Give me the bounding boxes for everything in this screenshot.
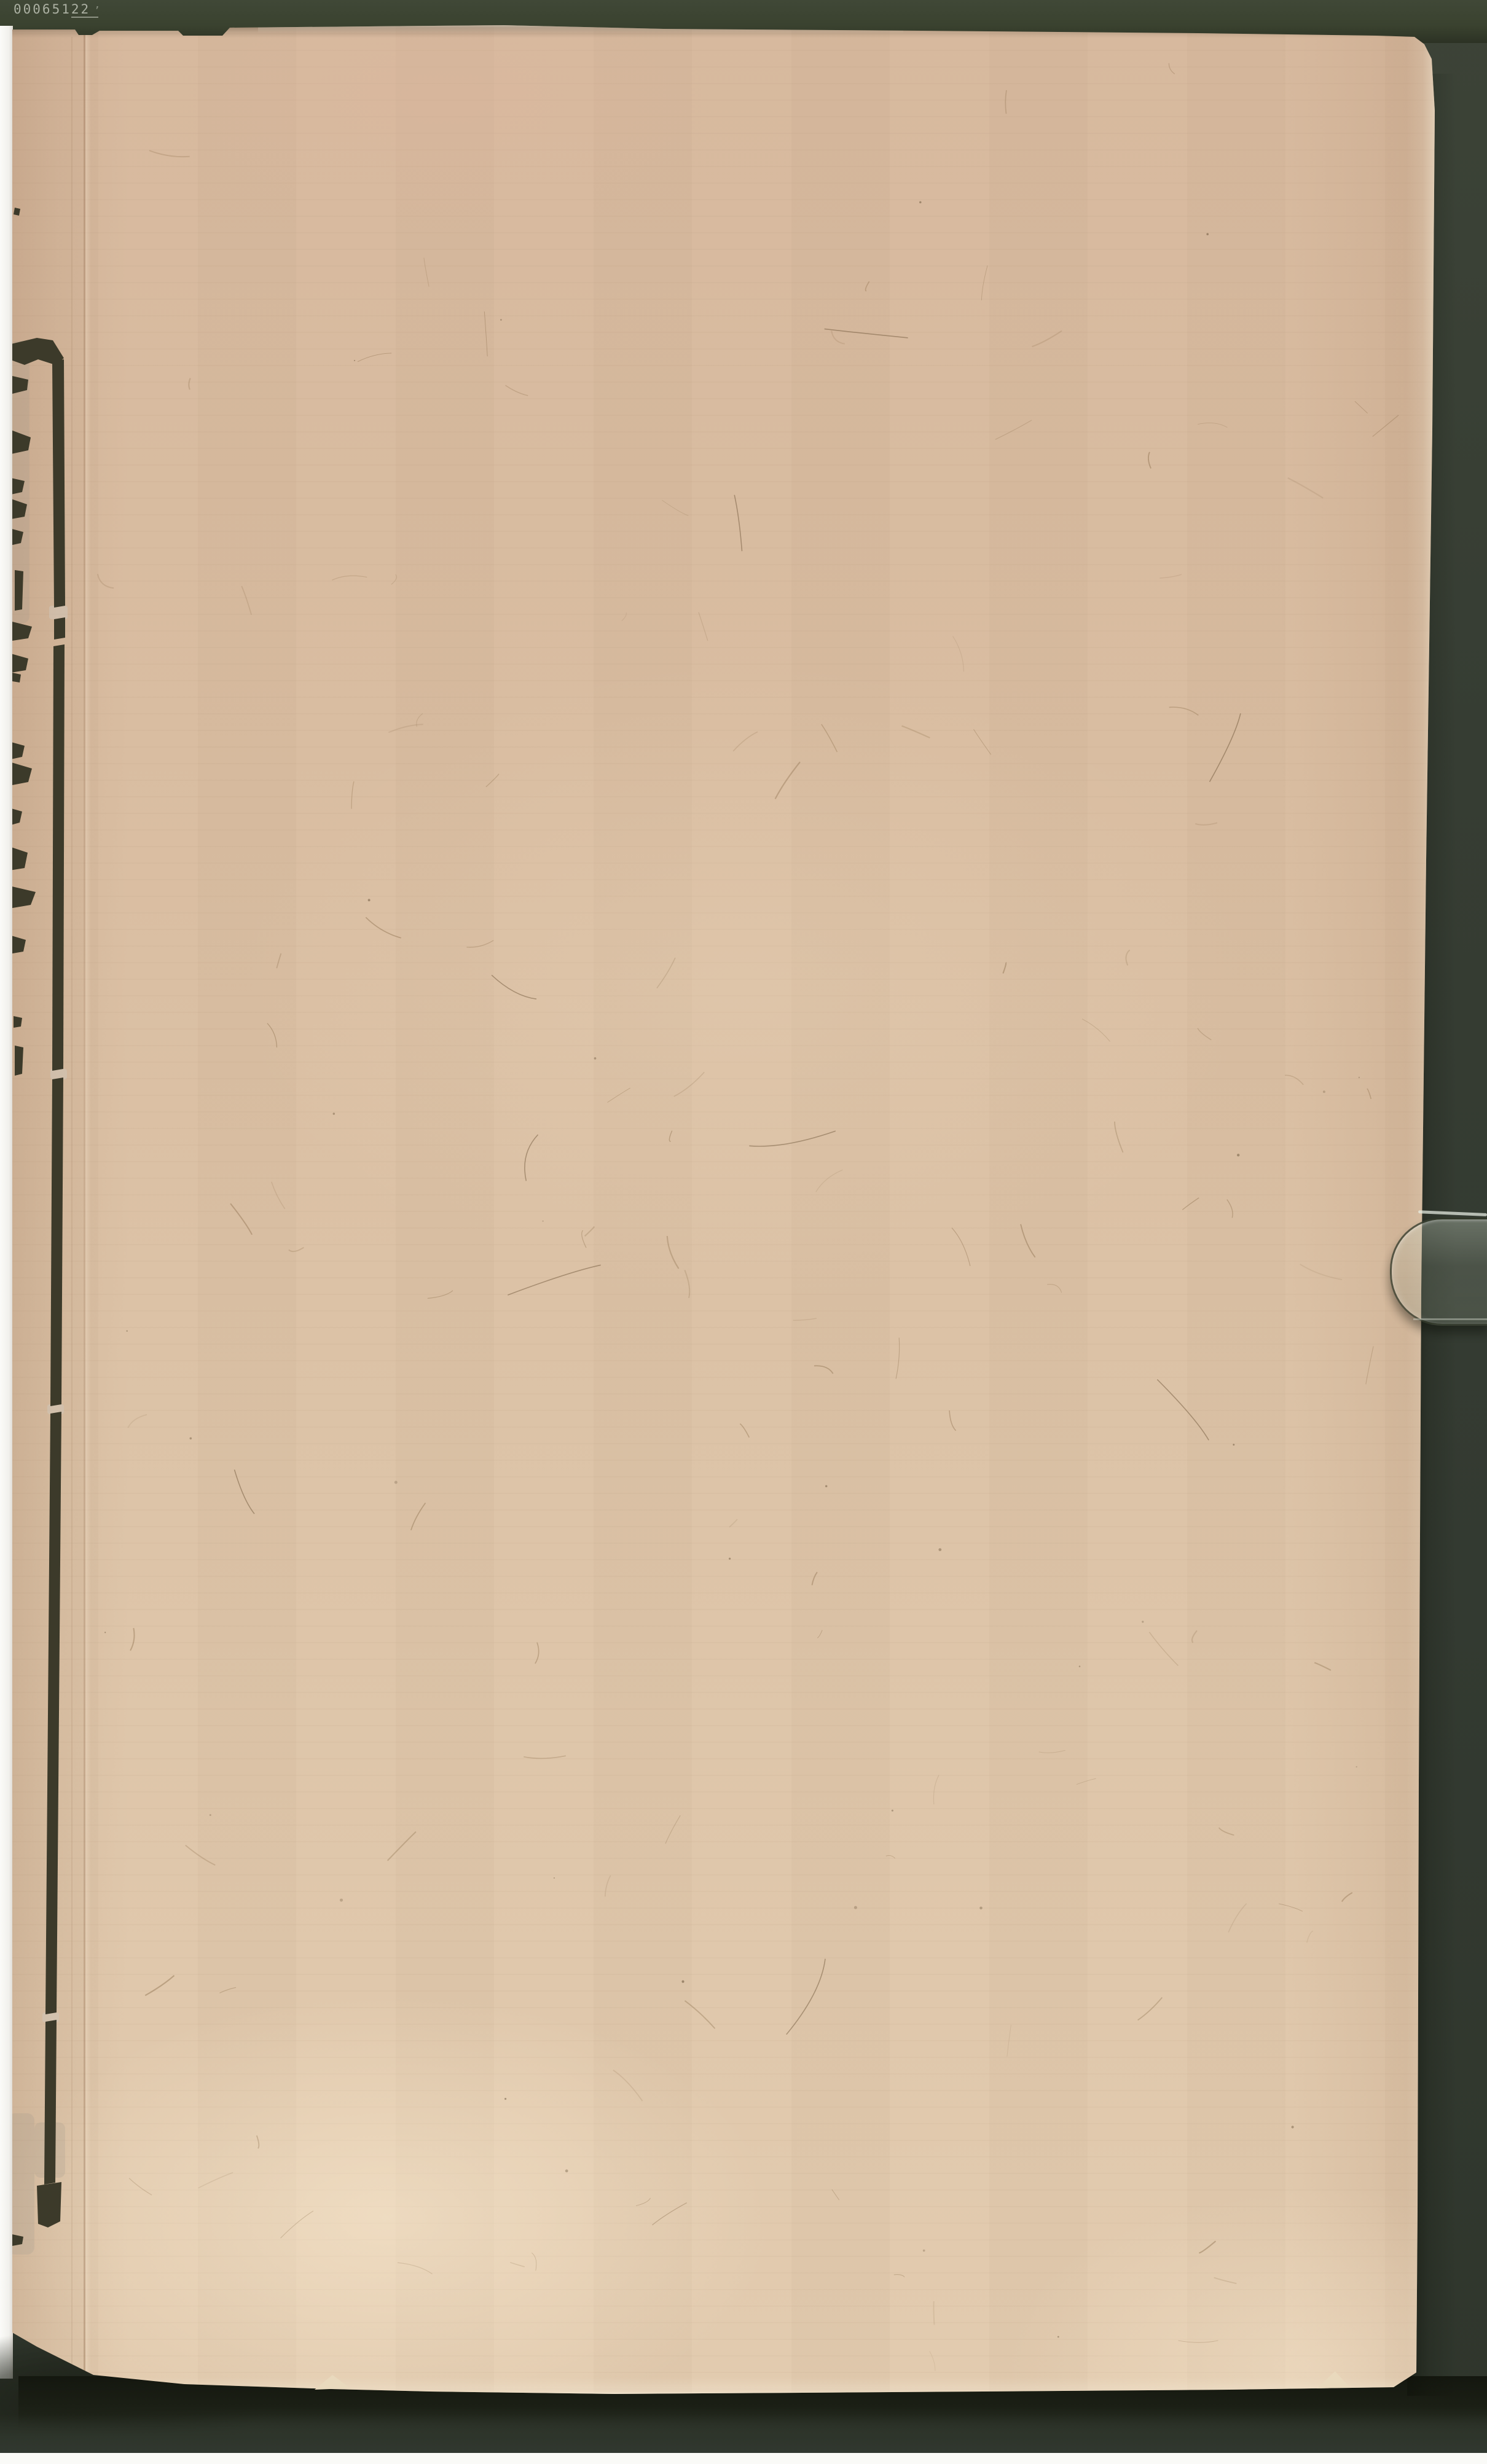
serial-number-underline <box>71 17 98 18</box>
page-holder-clip-lower-edge <box>1413 1318 1487 1320</box>
scan-margin-bottom <box>0 2453 1487 2464</box>
paper-fiber-texture <box>0 0 1487 2464</box>
blank-book-page <box>0 0 1487 2464</box>
book-scan-scene: 00065122’ <box>0 0 1487 2464</box>
serial-tick-mark: ’ <box>94 4 102 16</box>
scanner-background-bottom <box>0 2414 1487 2453</box>
page-holder-clip <box>1390 1218 1487 1326</box>
scan-margin-left <box>0 26 13 2379</box>
serial-number-stamp: 00065122’ <box>14 2 102 17</box>
serial-number-text: 00065122 <box>14 2 90 17</box>
